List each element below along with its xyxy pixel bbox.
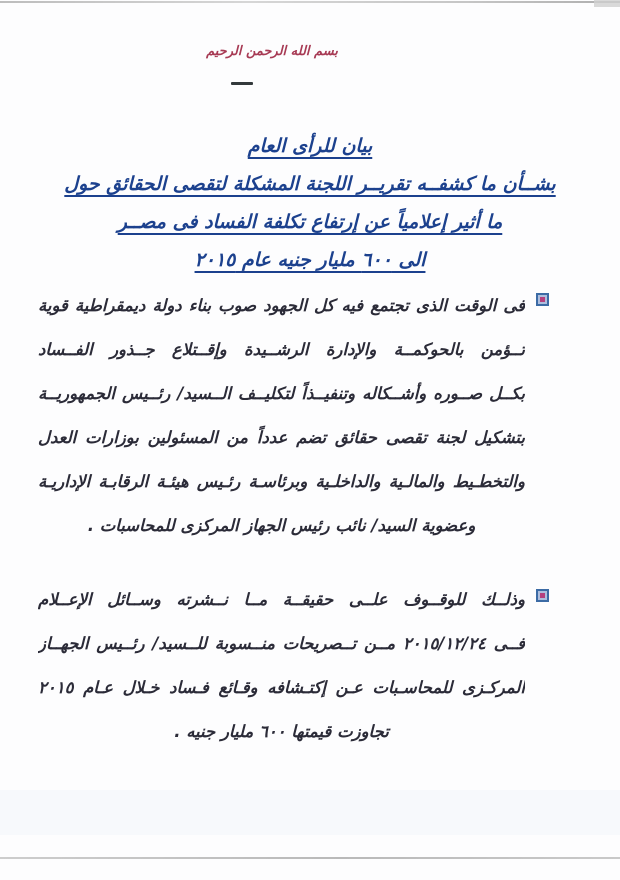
square-bullet-icon [536, 589, 549, 602]
bullet-center-dot [540, 297, 545, 302]
title-line-1-text: بيان للرأى العام [248, 135, 373, 157]
title-line-2-text: بشــأن ما كشفــه تقريــر اللجنة المشكلة … [64, 173, 555, 195]
paragraph-2: وذلــك للوقــوف علــى حقيقــة مــا نــشر… [38, 578, 525, 754]
divider-dash [231, 82, 253, 85]
scanned-document-page: بسم الله الرحمن الرحيم بيان للرأى العام … [0, 0, 620, 880]
basmala-text: بسم الله الرحمن الرحيم [122, 44, 422, 59]
paragraph-1-line: وعضوية السيد/ نائب رئيس الجهاز المركزى ل… [38, 504, 525, 548]
scan-artifact-top-right-corner [594, 0, 620, 7]
bullet-center-dot [540, 593, 545, 598]
paragraph-1-line: فى الوقت الذى تجتمع فيه كل الجهود صوب بن… [38, 284, 525, 328]
scan-artifact-top-edge [0, 1, 620, 3]
paragraph-2-line: تجاوزت قيمتها ٦٠٠ مليار جنيه . [38, 710, 525, 754]
paragraph-1-line: بتشكيل لجنة تقصى حقائق تضم عدداً من المس… [38, 416, 525, 460]
title-line-3-text: ما أثير إعلامياً عن إرتفاع تكلفة الفساد … [118, 211, 503, 233]
paragraph-2-line: وذلــك للوقــوف علــى حقيقــة مــا نــشر… [38, 578, 525, 622]
paragraph-1-line: والتخطـيط والمالـية والداخلـية وبرئاسـة … [38, 460, 525, 504]
scan-artifact-bottom-edge [0, 857, 620, 859]
title-line-4-text: الى ٦٠٠ مليار جنيه عام ٢٠١٥ [195, 249, 426, 271]
statement-title: بيان للرأى العام بشــأن ما كشفــه تقريــ… [20, 127, 600, 279]
paragraph-1-line: تــؤمن بالحوكمــة والإدارة الرشــيدة وإق… [38, 328, 525, 372]
title-line-3: ما أثير إعلامياً عن إرتفاع تكلفة الفساد … [20, 203, 600, 241]
paragraph-2-line: فــى ٢٠١٥/١٢/٢٤ مــن تــصريحات منــسوبة … [38, 622, 525, 666]
paragraph-1: فى الوقت الذى تجتمع فيه كل الجهود صوب بن… [38, 284, 525, 548]
title-line-1: بيان للرأى العام [20, 127, 600, 165]
scan-artifact-bottom-band [0, 790, 620, 835]
title-line-4: الى ٦٠٠ مليار جنيه عام ٢٠١٥ [20, 241, 600, 279]
paragraph-2-line: المركـزى للمحاسـبات عـن إكتـشافه وقـائع … [38, 666, 525, 710]
square-bullet-icon [536, 293, 549, 306]
title-line-2: بشــأن ما كشفــه تقريــر اللجنة المشكلة … [20, 165, 600, 203]
paragraph-1-line: بكــل صــوره وأشــكاله وتنفيــذاً لتكليـ… [38, 372, 525, 416]
